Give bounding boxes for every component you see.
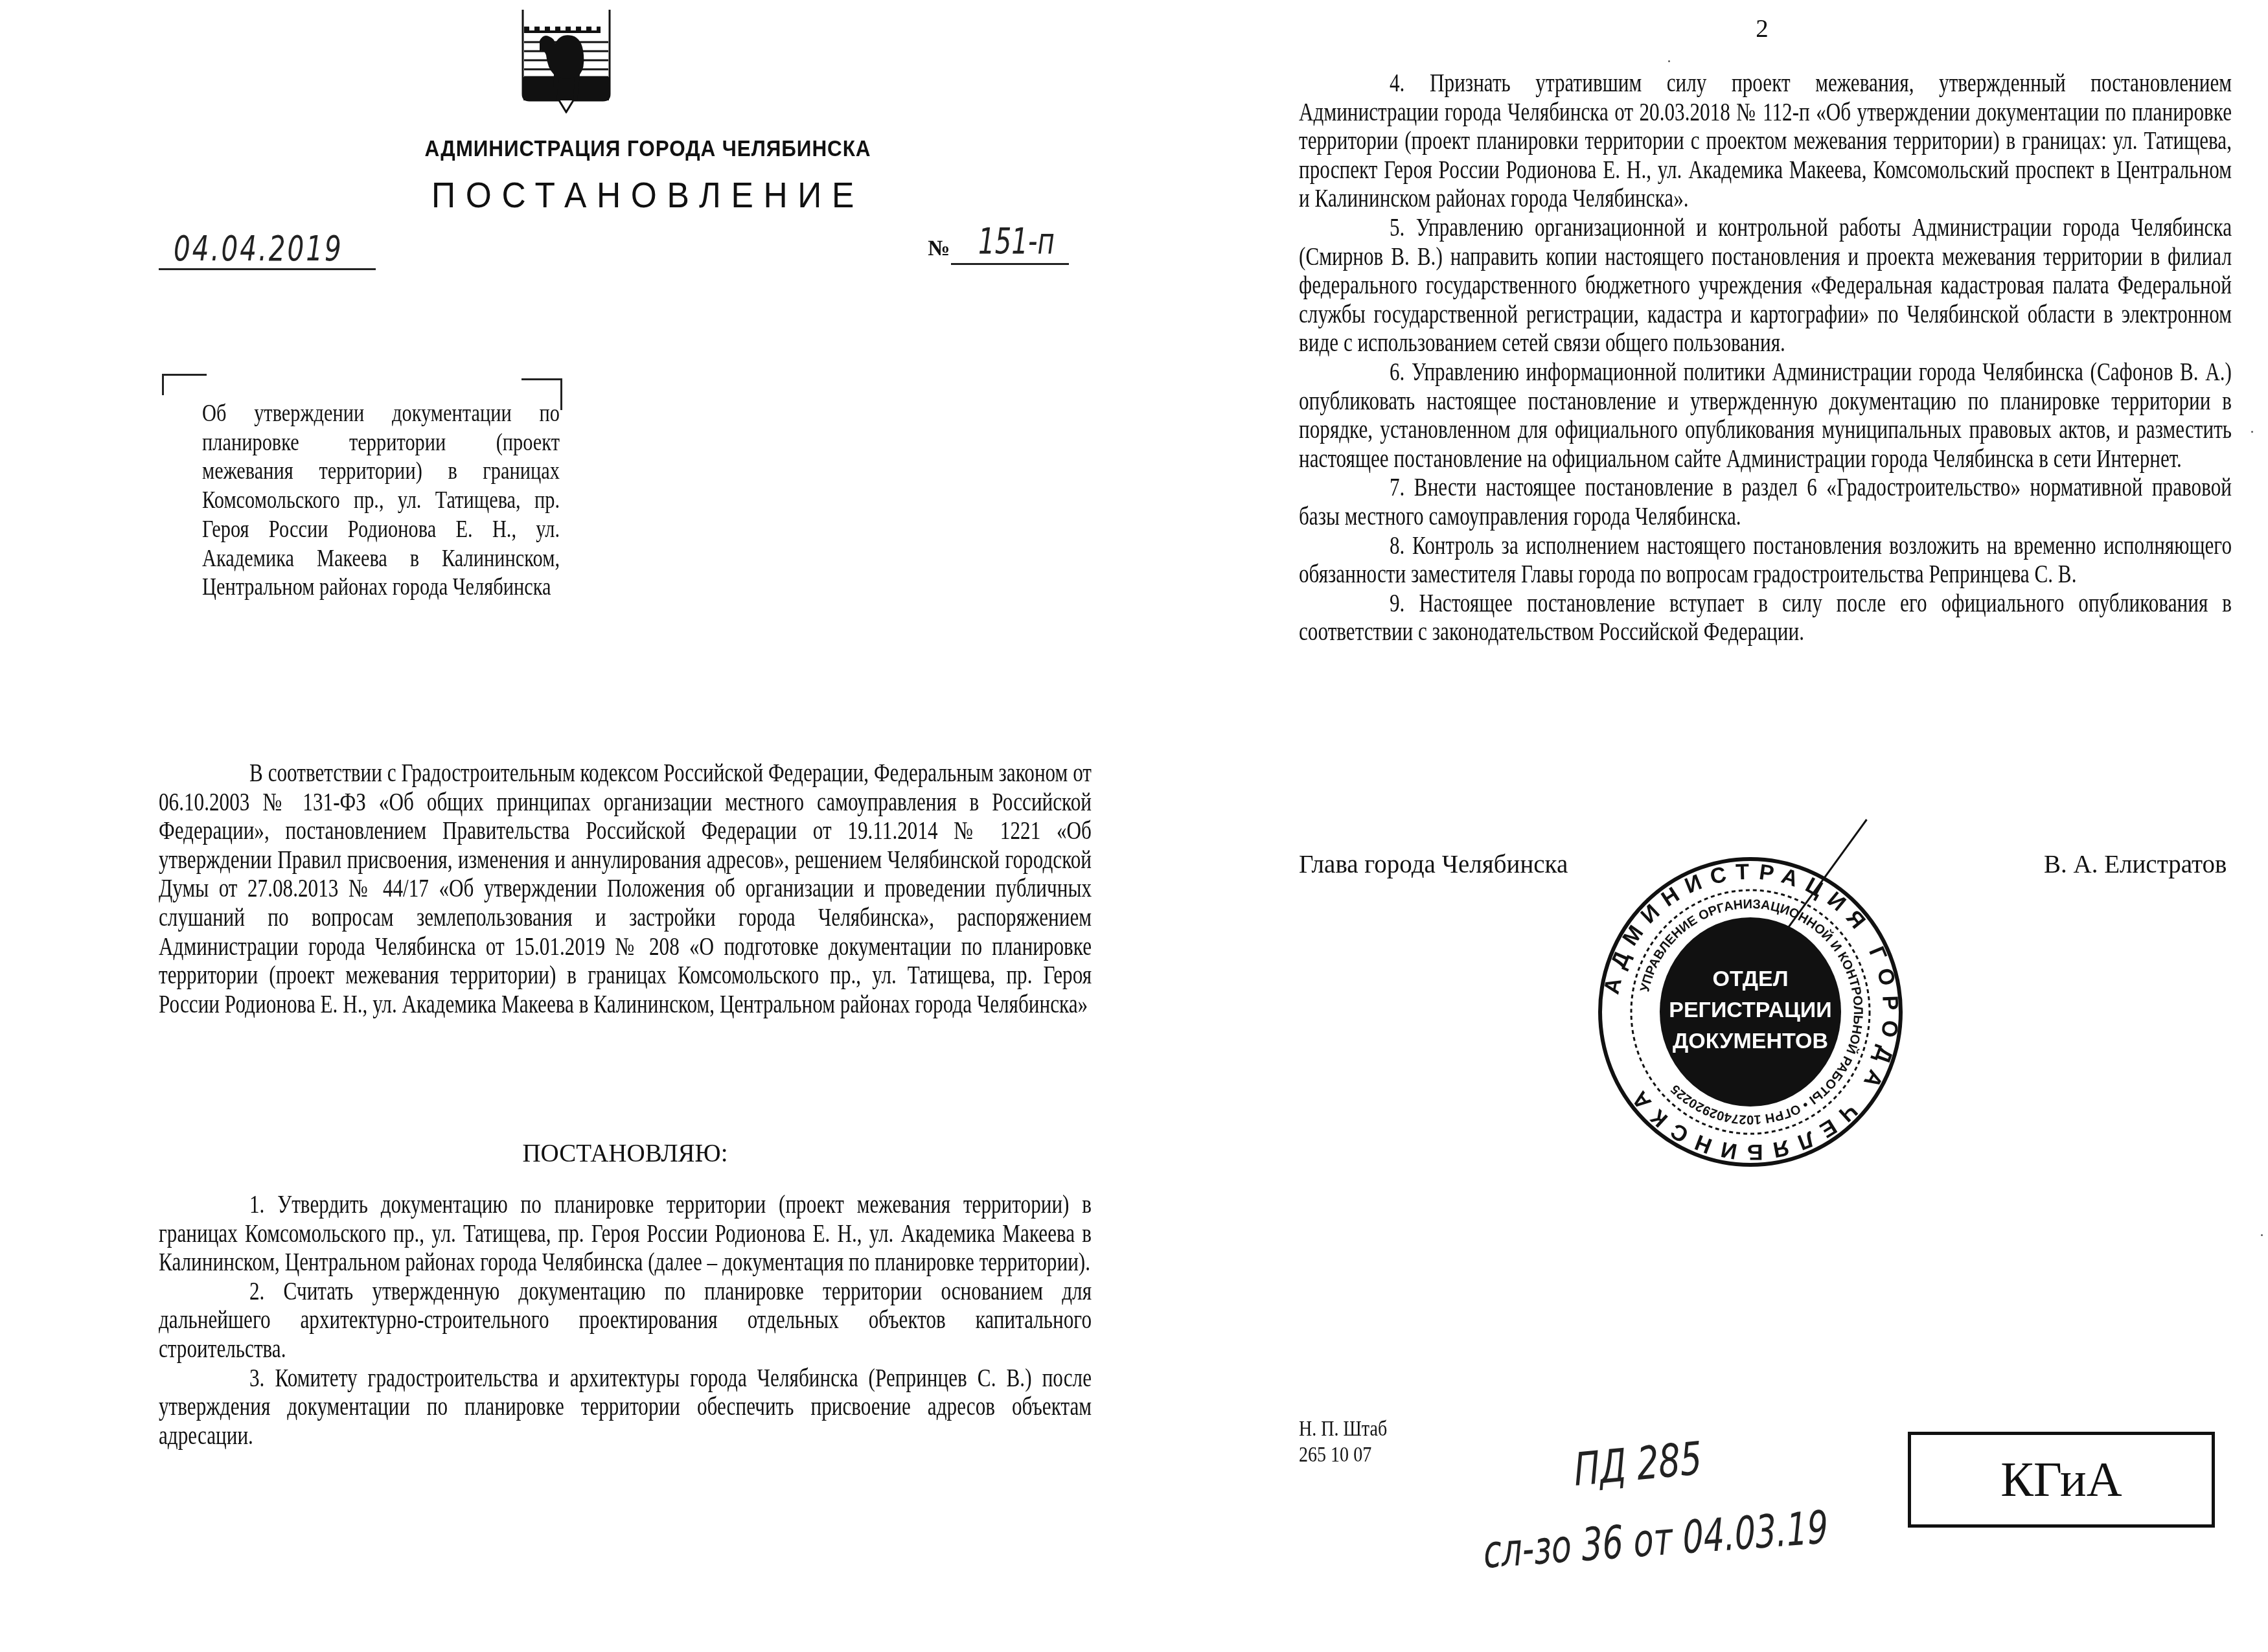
signatory-title: Глава города Челябинска — [1299, 850, 1568, 879]
agency-name: АДМИНИСТРАЦИЯ ГОРОДА ЧЕЛЯБИНСКА — [211, 136, 1085, 162]
executor-info: Н. П. Штаб 265 10 07 — [1299, 1416, 1387, 1468]
scan-speck — [2261, 1234, 2263, 1236]
preamble: В соответствии с Градостроительным кодек… — [159, 759, 1092, 1019]
items-page-1: 1. Утвердить документацию по планировке … — [159, 1191, 1092, 1451]
item-8: 8. Контроль за исполнением настоящего по… — [1299, 532, 2232, 590]
preamble-text: В соответствии с Градостроительным кодек… — [159, 759, 1092, 1019]
decree-number: 151-п — [978, 220, 1055, 262]
item-6: 6. Управлению информационной политики Ад… — [1299, 358, 2232, 474]
item-1: 1. Утвердить документацию по планировке … — [159, 1191, 1092, 1278]
resolve-heading: ПОСТАНОВЛЯЮ: — [159, 1139, 1092, 1168]
item-3: 3. Комитету градостроительства и архитек… — [159, 1364, 1092, 1451]
item-9: 9. Настоящее постановление вступает в си… — [1299, 590, 2232, 647]
items-page-2: 4. Признать утратившим силу проект межев… — [1299, 69, 2232, 647]
department-stamp-box: КГиА — [1908, 1432, 2215, 1528]
item-5: 5. Управлению организационной и контроль… — [1299, 214, 2232, 358]
executor-phone: 265 10 07 — [1299, 1442, 1387, 1468]
handwritten-registry-number: ПД 285 — [1573, 1432, 1703, 1497]
signatory-name: В. А. Елистратов — [2044, 850, 2227, 879]
stamp-center-line-1: ОТДЕЛ — [1712, 967, 1788, 991]
coat-of-arms-icon — [520, 10, 612, 113]
scan-speck — [2251, 431, 2253, 433]
handwritten-reference-note: сл-зо 36 от 04.03.19 — [1482, 1500, 1829, 1579]
decree-date: 04.04.2019 — [174, 228, 343, 269]
number-sign: № — [928, 236, 950, 261]
subject-text: Об утверждении документации по планировк… — [202, 399, 560, 602]
subject-bracket-left — [162, 374, 207, 395]
document-type-title: ПОСТАНОВЛЕНИЕ — [201, 174, 1095, 216]
official-seal-stamp: АДМИНИСТРАЦИЯ ГОРОДА ЧЕЛЯБИНСКА УПРАВЛЕН… — [1595, 856, 1906, 1167]
decree-subject: Об утверждении документации по планировк… — [202, 399, 560, 602]
stamp-center-line-2: РЕГИСТРАЦИИ — [1669, 998, 1832, 1022]
page-number: 2 — [1296, 14, 2228, 43]
item-7: 7. Внести настоящее постановление в разд… — [1299, 474, 2232, 531]
executor-name: Н. П. Штаб — [1299, 1416, 1387, 1442]
scan-speck — [1668, 60, 1670, 62]
item-2: 2. Считать утвержденную документацию по … — [159, 1278, 1092, 1364]
item-4: 4. Признать утратившим силу проект межев… — [1299, 69, 2232, 214]
stamp-center-line-3: ДОКУМЕНТОВ — [1673, 1029, 1828, 1053]
department-code: КГиА — [2000, 1452, 2122, 1508]
